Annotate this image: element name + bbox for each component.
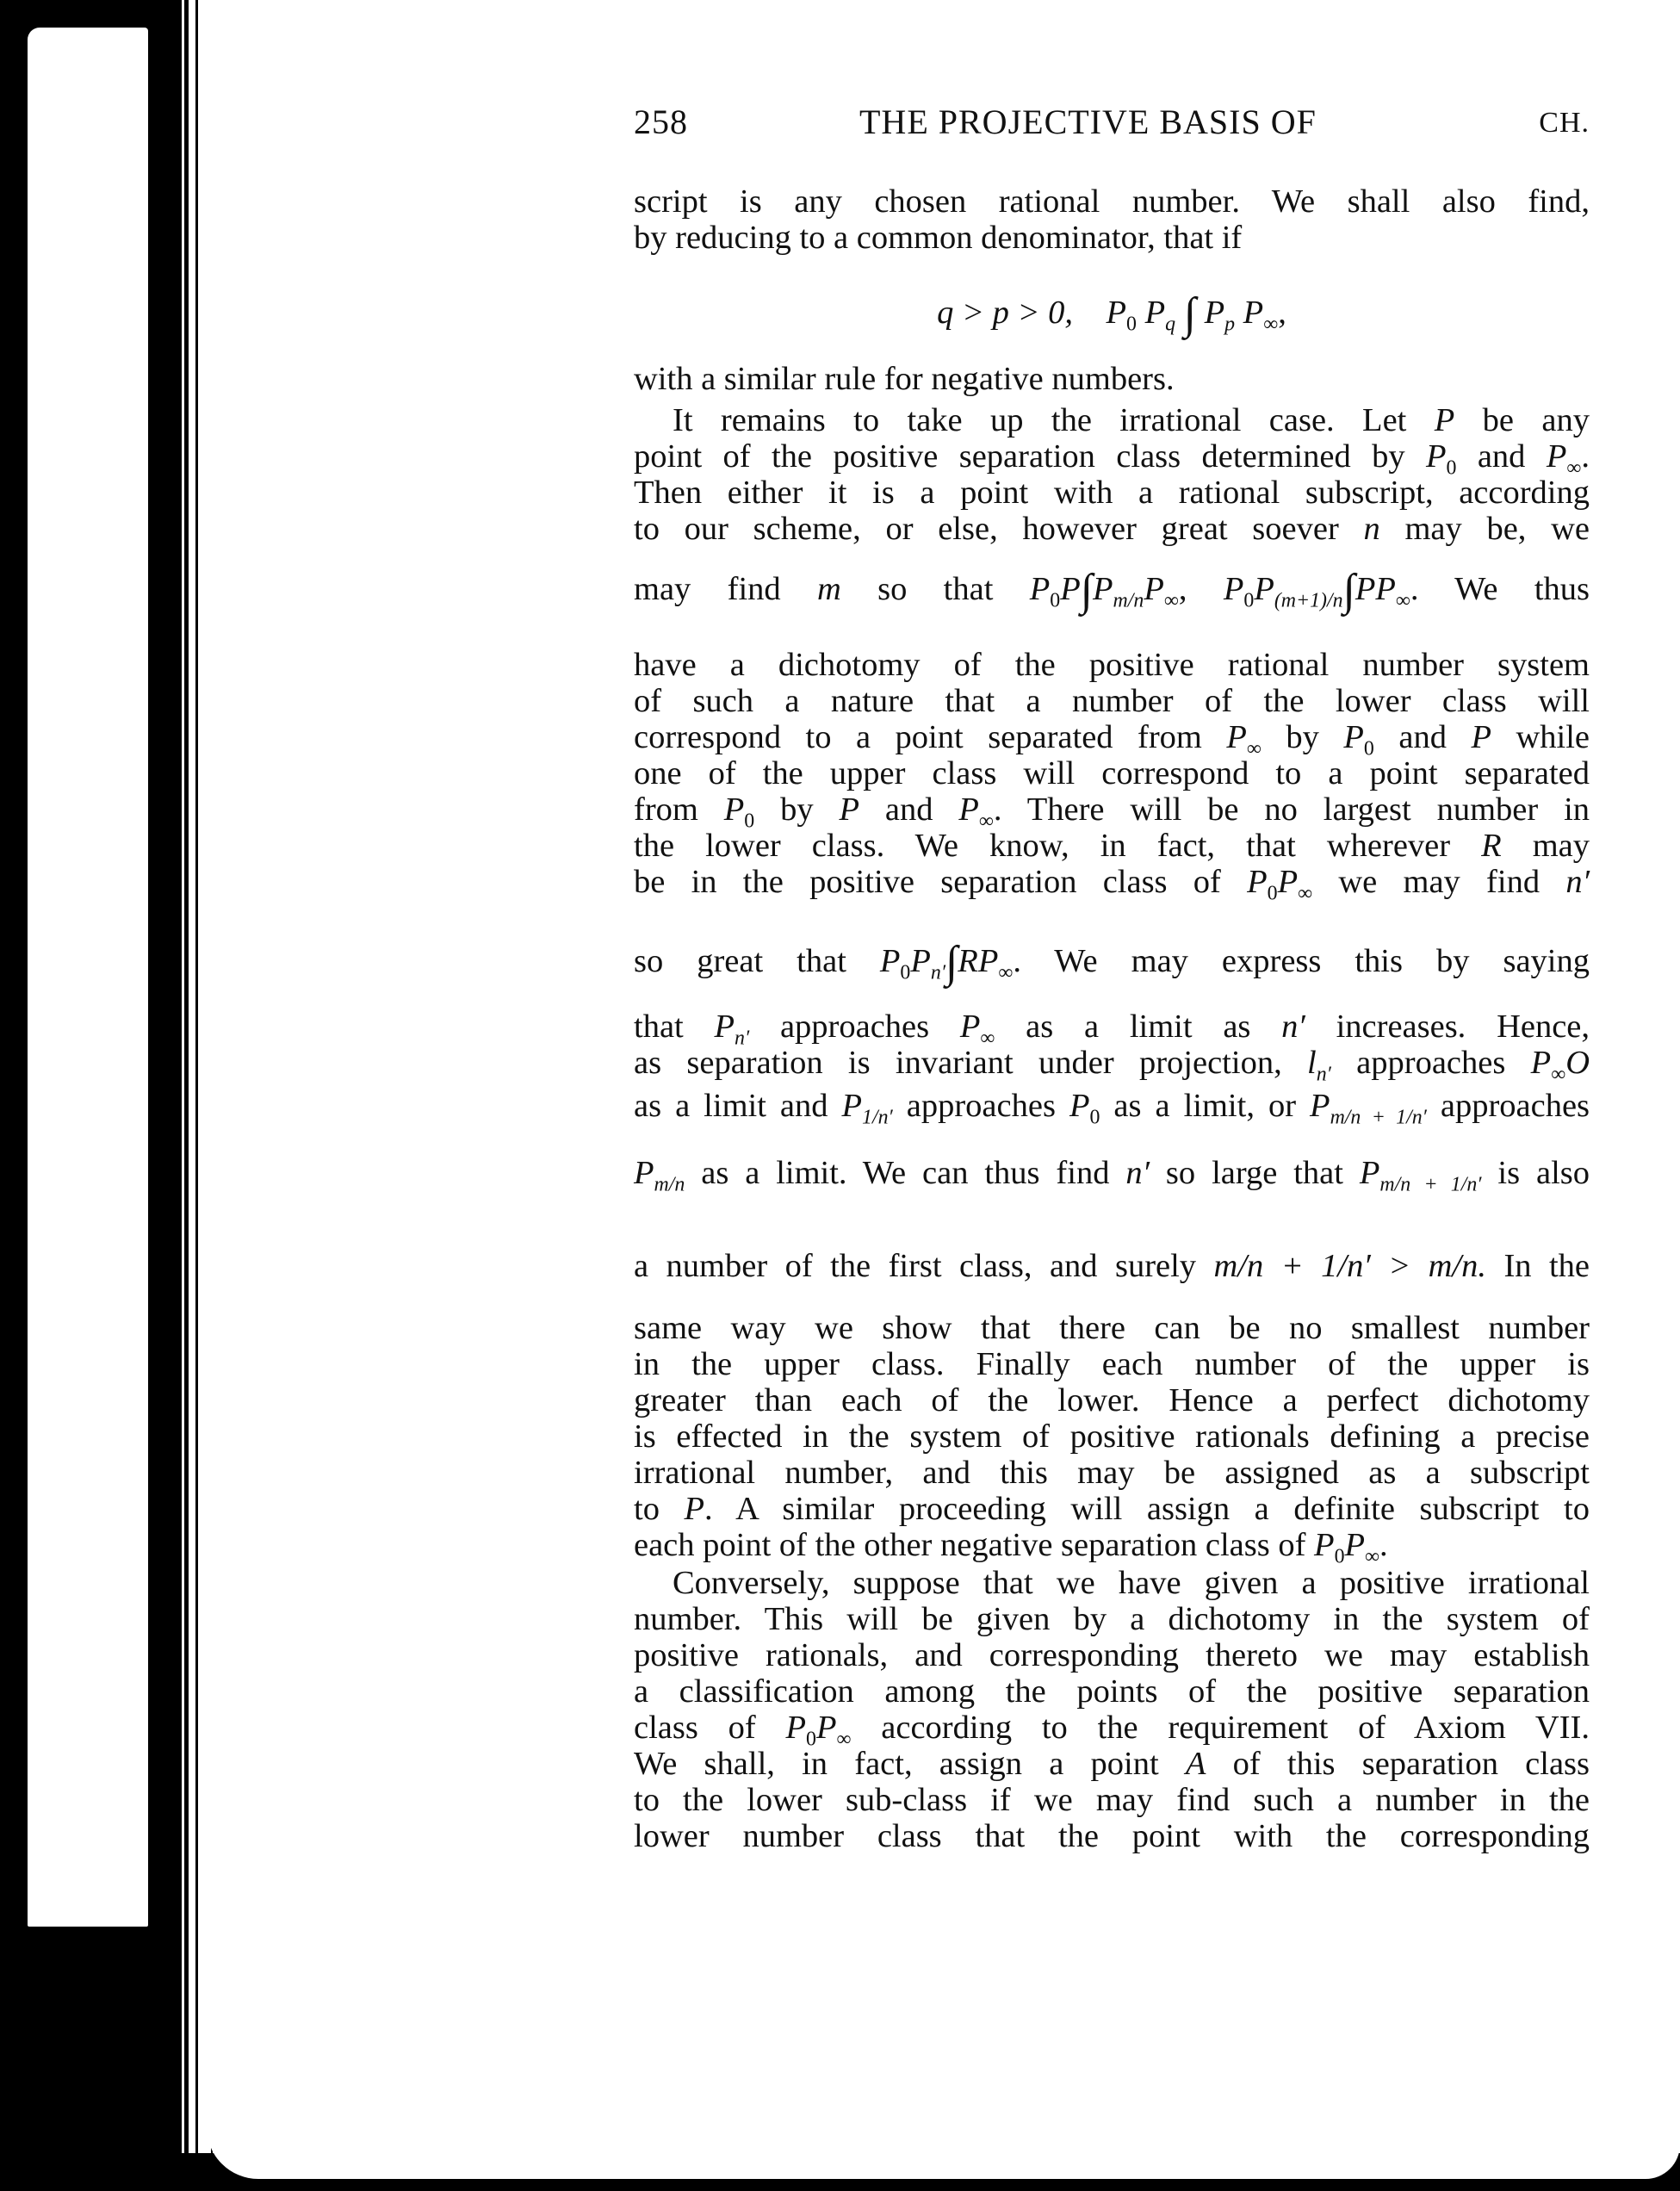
- chapter-abbrev: CH.: [1539, 107, 1590, 140]
- text-line: irrational number, and this may be assig…: [634, 1454, 1590, 1492]
- text-line: the lower class. We know, in fact, that …: [634, 827, 1590, 865]
- text-line: greater than each of the lower. Hence a …: [634, 1381, 1590, 1419]
- scan-facing-page-edge: [28, 28, 148, 1927]
- separation-symbol: ∫: [1184, 289, 1196, 338]
- math-subscript: q: [1165, 313, 1175, 335]
- text-line: as separation is invariant under project…: [634, 1044, 1590, 1093]
- text-line: number. This will be given by a dichotom…: [634, 1600, 1590, 1638]
- text-line: lower number class that the point with t…: [634, 1817, 1590, 1855]
- math-symbol: P: [1243, 295, 1264, 331]
- text-line: positive rationals, and corresponding th…: [634, 1636, 1590, 1674]
- text-line: We shall, in fact, assign a point A of t…: [634, 1745, 1590, 1783]
- text-line: Conversely, suppose that we have given a…: [634, 1564, 1590, 1602]
- math-subscript: ∞: [1263, 313, 1278, 335]
- page-number: 258: [634, 102, 688, 142]
- text-line: Then either it is a point with a rationa…: [634, 474, 1590, 512]
- text-line: to our scheme, or else, however great so…: [634, 510, 1590, 548]
- text-line: with a similar rule for negative numbers…: [634, 360, 1590, 398]
- text-line: same way we show that there can be no sm…: [634, 1309, 1590, 1347]
- math-symbol: P: [1205, 295, 1225, 331]
- math-subscript: p: [1224, 313, 1235, 335]
- text-line: of such a nature that a number of the lo…: [634, 682, 1590, 720]
- running-title: THE PROJECTIVE BASIS OF: [859, 102, 1317, 142]
- math-subscript: 0: [1126, 313, 1137, 335]
- math-symbol: P: [1145, 295, 1166, 331]
- text-line: in the upper class. Finally each number …: [634, 1345, 1590, 1383]
- text-line: by reducing to a common denominator, tha…: [634, 219, 1590, 257]
- math-symbol: P: [1107, 295, 1127, 331]
- text-line: a classification among the points of the…: [634, 1673, 1590, 1710]
- running-head: 258 THE PROJECTIVE BASIS OF CH.: [634, 102, 1590, 145]
- text-line: to P. A similar proceeding will assign a…: [634, 1490, 1590, 1528]
- text-line: It remains to take up the irrational cas…: [634, 401, 1590, 439]
- text-line: Pm/n as a limit. We can thus find n′ so …: [634, 1154, 1590, 1203]
- formula-inequality: q > p > 0,: [937, 295, 1073, 331]
- text-line: have a dichotomy of the positive rationa…: [634, 646, 1590, 684]
- text-line: to the lower sub-class if we may find su…: [634, 1781, 1590, 1819]
- text-line: so great that P0Pn′∫RP∞. We may express …: [634, 942, 1590, 991]
- text-line: one of the upper class will correspond t…: [634, 754, 1590, 792]
- text-line: as a limit and P1/n′ approaches P0 as a …: [634, 1087, 1590, 1136]
- text-line: is effected in the system of positive ra…: [634, 1418, 1590, 1455]
- text-line: a number of the first class, and surely …: [634, 1247, 1590, 1285]
- display-formula: q > p > 0, P0 Pq ∫ Pp P∞,: [634, 289, 1590, 339]
- text-line: be in the positive separation class of P…: [634, 863, 1590, 912]
- text-line: may find m so that P0P∫Pm/nP∞, P0P(m+1)/…: [634, 570, 1590, 619]
- inequality-formula: m/n + 1/n′ > m/n.: [1214, 1248, 1486, 1284]
- text-line: script is any chosen rational number. We…: [634, 183, 1590, 220]
